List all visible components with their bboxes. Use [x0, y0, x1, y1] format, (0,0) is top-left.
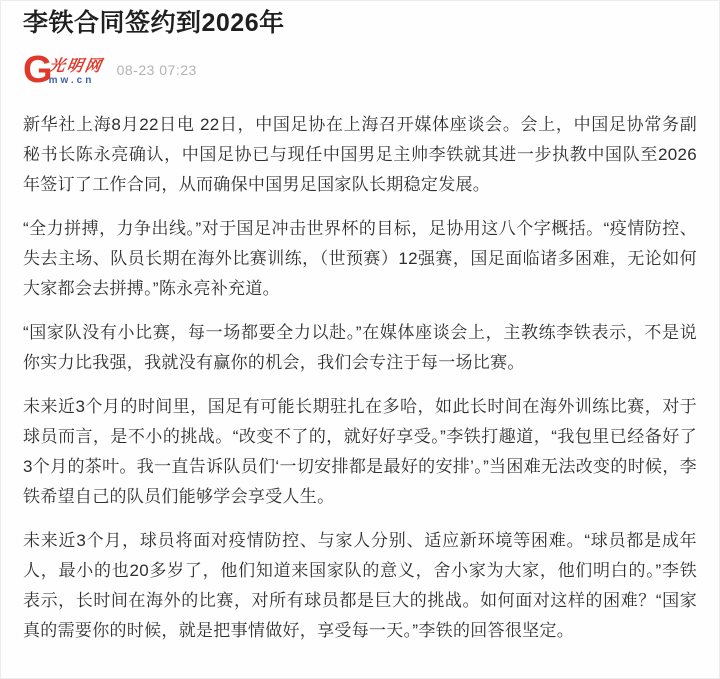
publish-timestamp: 08-23 07:23 — [117, 62, 197, 78]
article-meta: G 光明网 mw.cn 08-23 07:23 — [23, 52, 697, 88]
article-title: 李铁合同签约到2026年 — [23, 7, 697, 40]
article-paragraph: “国家队没有小比赛，每一场都要全力以赴。”在媒体座谈会上，主教练李铁表示，不是说… — [23, 318, 697, 378]
article-paragraph: “全力拼搏，力争出线。”对于国足冲击世界杯的目标，足协用这八个字概括。“疫情防控… — [23, 214, 697, 304]
gmw-logo: G 光明网 mw.cn — [23, 54, 103, 86]
article-body: 新华社上海8月22日电 22日，中国足协在上海召开媒体座谈会。会上，中国足协常务… — [23, 110, 697, 646]
article-paragraph: 未来近3个月，球员将面对疫情防控、与家人分别、适应新环境等困难。“球员都是成年人… — [23, 526, 697, 646]
article-page: 李铁合同签约到2026年 G 光明网 mw.cn 08-23 07:23 新华社… — [0, 0, 720, 679]
article-paragraph: 未来近3个月的时间里，国足有可能长期驻扎在多哈，如此长时间在海外训练比赛，对于球… — [23, 392, 697, 512]
gmw-logo-domain-text: mw.cn — [49, 75, 103, 86]
gmw-logo-text-block: 光明网 mw.cn — [49, 54, 103, 86]
gmw-logo-script-text: 光明网 — [47, 57, 104, 74]
article-paragraph: 新华社上海8月22日电 22日，中国足协在上海召开媒体座谈会。会上，中国足协常务… — [23, 110, 697, 200]
